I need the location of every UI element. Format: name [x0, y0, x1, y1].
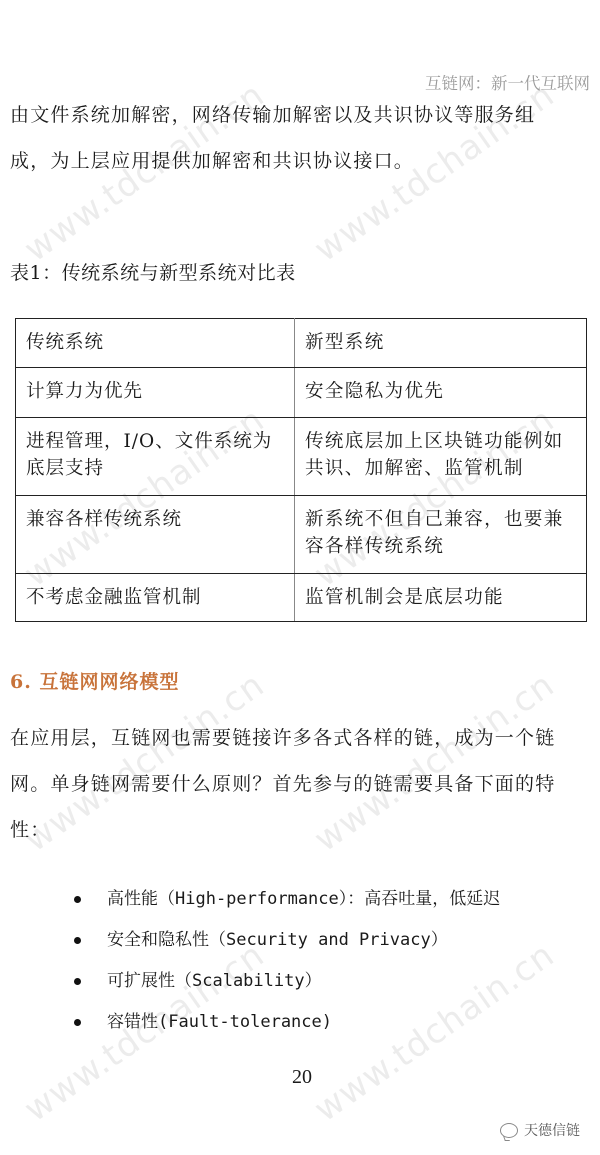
bullet-icon [74, 1019, 81, 1026]
table-cell-new: 安全隐私为优先 [295, 368, 587, 418]
section-line-1: 在应用层，互链网也需要链接许多各式各样的链，成为一个链 [10, 715, 590, 761]
brand-label: 天德信链 [524, 1120, 580, 1140]
watermark: www.tdchain.cn [17, 0, 272, 10]
comparison-table: 传统系统 新型系统 计算力为优先 安全隐私为优先 进程管理，I/O、文件系统为底… [15, 318, 587, 622]
feature-text: 可扩展性（Scalability） [107, 971, 322, 991]
section-paragraph: 在应用层，互链网也需要链接许多各式各样的链，成为一个链 网。单身链网需要什么原则… [10, 715, 590, 853]
table-cell-new: 新型系统 [295, 319, 587, 368]
table-cell-new: 监管机制会是底层功能 [295, 574, 587, 622]
table-cell-traditional: 兼容各样传统系统 [16, 496, 295, 574]
list-item: 容错性(Fault-tolerance) [0, 1003, 500, 1044]
list-item: 高性能（High-performance）：高吞吐量，低延迟 [0, 880, 500, 921]
table-row: 传统系统 新型系统 [16, 319, 587, 368]
page-number: 20 [0, 1066, 600, 1089]
table-row: 计算力为优先 安全隐私为优先 [16, 368, 587, 418]
bullet-icon [74, 896, 81, 903]
bullet-icon [74, 978, 81, 985]
table-cell-traditional: 传统系统 [16, 319, 295, 368]
brand-badge: 天德信链 [500, 1120, 580, 1140]
list-item: 安全和隐私性（Security and Privacy） [0, 921, 500, 962]
section-line-3: 性： [10, 807, 590, 853]
intro-line-1: 由文件系统加解密，网络传输加解密以及共识协议等服务组 [10, 92, 590, 138]
feature-list: 高性能（High-performance）：高吞吐量，低延迟 安全和隐私性（Se… [0, 880, 500, 1044]
feature-text: 高性能（High-performance）：高吞吐量，低延迟 [107, 889, 500, 909]
table-cell-traditional: 计算力为优先 [16, 368, 295, 418]
feature-text: 安全和隐私性（Security and Privacy） [107, 930, 448, 950]
list-item: 可扩展性（Scalability） [0, 962, 500, 1003]
intro-paragraph: 由文件系统加解密，网络传输加解密以及共识协议等服务组 成，为上层应用提供加解密和… [10, 92, 590, 184]
table-row: 兼容各样传统系统 新系统不但自己兼容，也要兼容各样传统系统 [16, 496, 587, 574]
section-line-2: 网。单身链网需要什么原则？首先参与的链需要具备下面的特 [10, 761, 590, 807]
section-heading: 6. 互链网网络模型 [10, 667, 179, 694]
watermark: www.tdchain.cn [307, 0, 562, 10]
bullet-icon [74, 937, 81, 944]
table-cell-new: 传统底层加上区块链功能例如共识、加解密、监管机制 [295, 418, 587, 496]
table-caption: 表1：传统系统与新型系统对比表 [10, 258, 296, 285]
table-row: 进程管理，I/O、文件系统为底层支持 传统底层加上区块链功能例如共识、加解密、监… [16, 418, 587, 496]
table-cell-traditional: 不考虑金融监管机制 [16, 574, 295, 622]
intro-line-2: 成，为上层应用提供加解密和共识协议接口。 [10, 138, 590, 184]
feature-text: 容错性(Fault-tolerance) [107, 1012, 332, 1032]
table-cell-traditional: 进程管理，I/O、文件系统为底层支持 [16, 418, 295, 496]
wechat-icon [500, 1123, 518, 1138]
running-header: 互链网：新一代互联网 [425, 70, 590, 94]
table-row: 不考虑金融监管机制 监管机制会是底层功能 [16, 574, 587, 622]
table-cell-new: 新系统不但自己兼容，也要兼容各样传统系统 [295, 496, 587, 574]
